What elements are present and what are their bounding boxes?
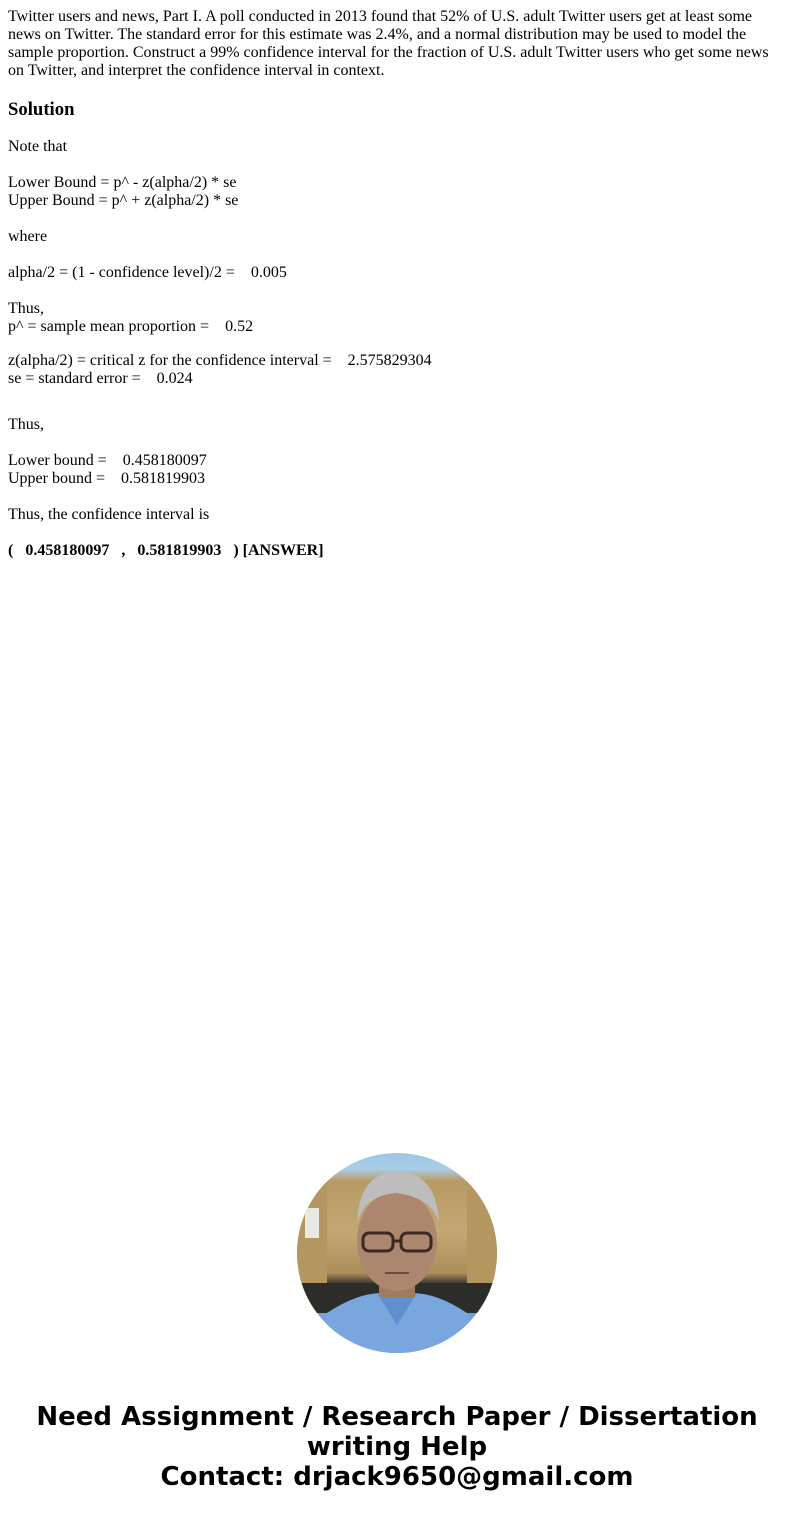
ci-intro-text: Thus, the confidence interval is [8, 506, 786, 524]
standard-error-line: se = standard error = 0.024 [8, 370, 786, 388]
z-critical-line: z(alpha/2) = critical z for the confiden… [8, 352, 786, 370]
answer-interval: ( 0.458180097 , 0.581819903 ) [ANSWER] [8, 542, 786, 560]
lower-bound-value: Lower bound = 0.458180097 [8, 452, 786, 470]
upper-bound-formula: Upper Bound = p^ + z(alpha/2) * se [8, 192, 786, 210]
where-text: where [8, 228, 786, 246]
promo-banner: Need Assignment / Research Paper / Disse… [0, 1402, 794, 1492]
question-text: Twitter users and news, Part I. A poll c… [8, 8, 786, 80]
promo-line-1: Need Assignment / Research Paper / Disse… [0, 1402, 794, 1432]
p-hat-line: p^ = sample mean proportion = 0.52 [8, 318, 786, 336]
promo-contact: Contact: drjack9650@gmail.com [0, 1462, 794, 1492]
thus-text: Thus, [8, 300, 786, 318]
author-avatar [297, 1153, 497, 1353]
solution-heading: Solution [8, 99, 786, 121]
upper-bound-value: Upper bound = 0.581819903 [8, 470, 786, 488]
portrait-illustration [297, 1153, 497, 1353]
note-that-text: Note that [8, 138, 786, 156]
thus-text-2: Thus, [8, 416, 786, 434]
document-body: Twitter users and news, Part I. A poll c… [8, 8, 786, 560]
promo-line-2: writing Help [0, 1432, 794, 1462]
lower-bound-formula: Lower Bound = p^ - z(alpha/2) * se [8, 174, 786, 192]
alpha-line: alpha/2 = (1 - confidence level)/2 = 0.0… [8, 264, 786, 282]
